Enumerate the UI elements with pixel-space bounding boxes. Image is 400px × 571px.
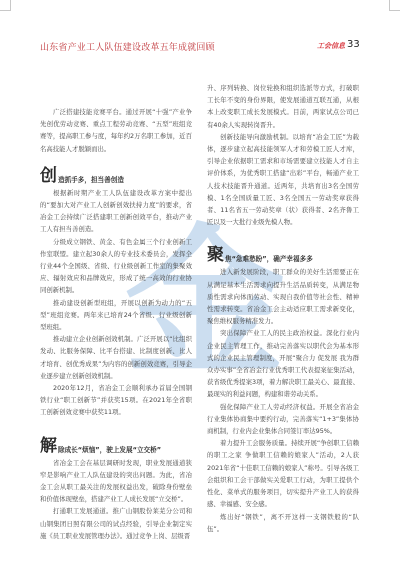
crop-mark-top-left [0,0,11,11]
section-subtitle: 造抓手多，担当善创造 [58,174,124,184]
page-header: 山东省产业工人队伍建设改革五年成就回顾 工会信息 33 [40,40,360,54]
section-heading-gather: 聚 焦“急难愁盼”，确产幸福多多 [207,246,359,264]
section-heading-solve: 解 除成长“烦恼”，驶上发展“立交桥” [40,437,192,455]
magazine-logo: 工会信息 [317,41,345,51]
paragraph: 强化保障产业工人劳动经济权益。开展全省冶金行业集体协商集中要约行动，完善落实“1… [207,401,359,438]
paragraph: 推动建设创新型班组，开展以创新为动力的“五型”班组竞赛。两年来已培育24个省级、… [40,297,192,334]
paragraph: 推动建立企业创新创效机制。广泛开展以“比组织发动、比服务保障、比平台搭建、比制度… [40,333,192,382]
section-initial: 解 [40,437,57,455]
section-heading-create: 创 造抓手多，担当善创造 [40,167,192,185]
paragraph: 根据新时期产业工人队伍建设改革方案中提出的“要加大对产业工人创新创效扶持力度”的… [40,187,192,236]
paragraph: 进入新发展阶段，职工群众的美好生活需要正在从满足基本生活需求向提升生活品质转变，… [207,266,359,327]
section-initial: 创 [40,167,57,185]
left-column: 广泛搭建技能竞赛平台。通过开展“十强”产业争先创优劳动竞赛、重点工程劳动竞赛、“… [40,96,192,542]
paragraph: 炼出好“钢铁”，离不开这样一支钢铁般的“队伍”。 [207,511,359,535]
section-initial: 聚 [207,246,224,264]
paragraph: 着力提升工会服务质量。持续开展“争创职工信赖的职工之家 争做职工信赖的娘家人”活… [207,437,359,510]
page-number: 33 [347,39,360,50]
paragraph: 打通职工发展通道。推广山钢股份莱芜分公司和山钢集团日照有限公司的试点经验，引导企… [40,505,192,542]
section-subtitle: 焦“急难愁盼”，确产幸福多多 [225,253,313,263]
section-subtitle: 除成长“烦恼”，驶上发展“立交桥” [58,444,161,454]
paragraph: 突出保障产业工人的民主政治权益。深化行业内企业民主管理工作，推动完善落实以职代会… [207,327,359,400]
paragraph: 创新技能导向激励机制。以培育“冶金工匠”为载体，逐步建立起高技能领军人才和劳模工… [207,131,359,229]
paragraph: 2020年12月，省冶金工会顺利承办首届全国钢铁行业“职工创新节”并获奖15项。… [40,382,192,419]
paragraph: 分级成立钢铁、黄金、有色金属三个行业创新工作室联盟。建立起30余人的专业技术委员… [40,236,192,297]
paragraph: 广泛搭建技能竞赛平台。通过开展“十强”产业争先创优劳动竞赛、重点工程劳动竞赛、“… [40,106,192,155]
paragraph: 省冶金工会在基层调研时发现，职业发展通道狭窄是影响产业工人队伍建设的突出问题。为… [40,457,192,506]
paragraph: 升、序列转换、岗位轮换和组织选派等方式，打破职工长年不变的身份界限，使发展通道互… [207,82,359,131]
running-title: 山东省产业工人队伍建设改革五年成就回顾 [40,40,215,53]
crop-mark-top-right [389,0,400,11]
right-column: 升、序列转换、岗位轮换和组织选派等方式，打破职工长年不变的身份界限，使发展通道互… [207,82,359,535]
